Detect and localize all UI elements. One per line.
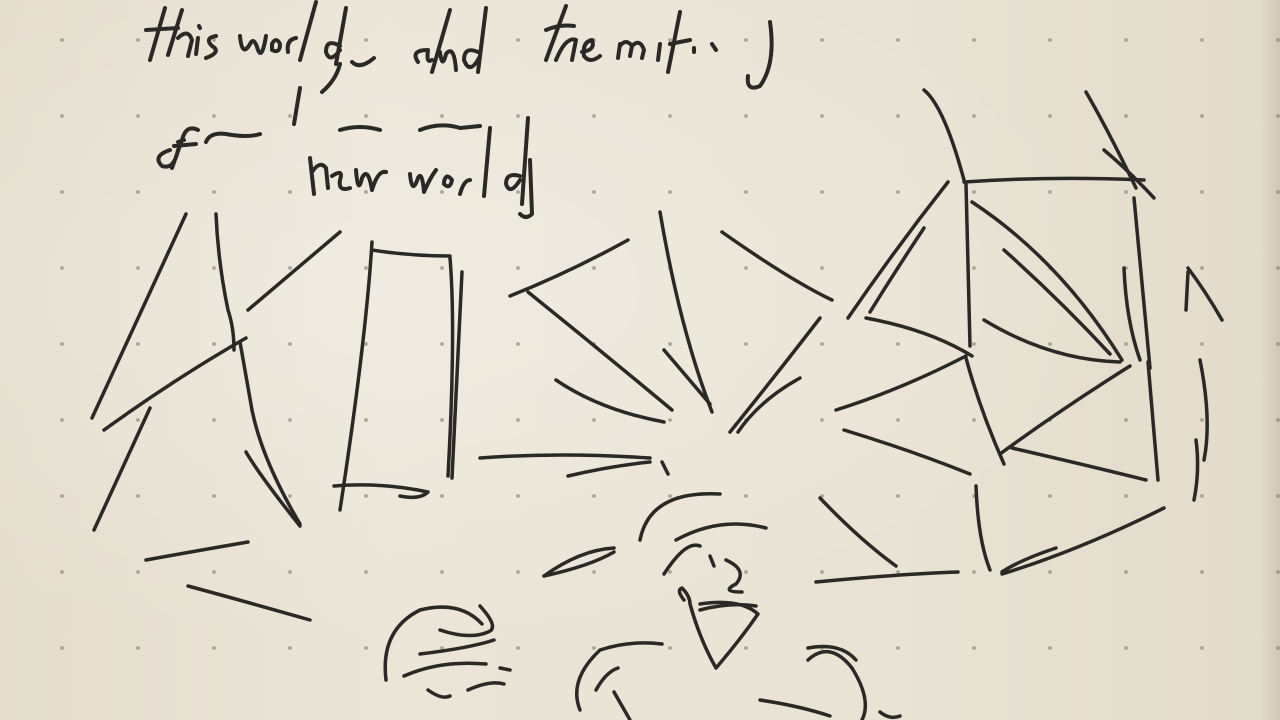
notebook-page: this world, and the making of new worlds (0, 0, 1280, 720)
handwritten-text-line-2 (158, 118, 532, 217)
ink-sketch (0, 0, 1280, 720)
abstract-line-figures (92, 214, 462, 620)
geodesic-dome (816, 90, 1222, 582)
handwritten-text-line-1 (146, 2, 772, 124)
cartoon-faces (385, 494, 900, 720)
center-radiating-lines (480, 212, 832, 476)
